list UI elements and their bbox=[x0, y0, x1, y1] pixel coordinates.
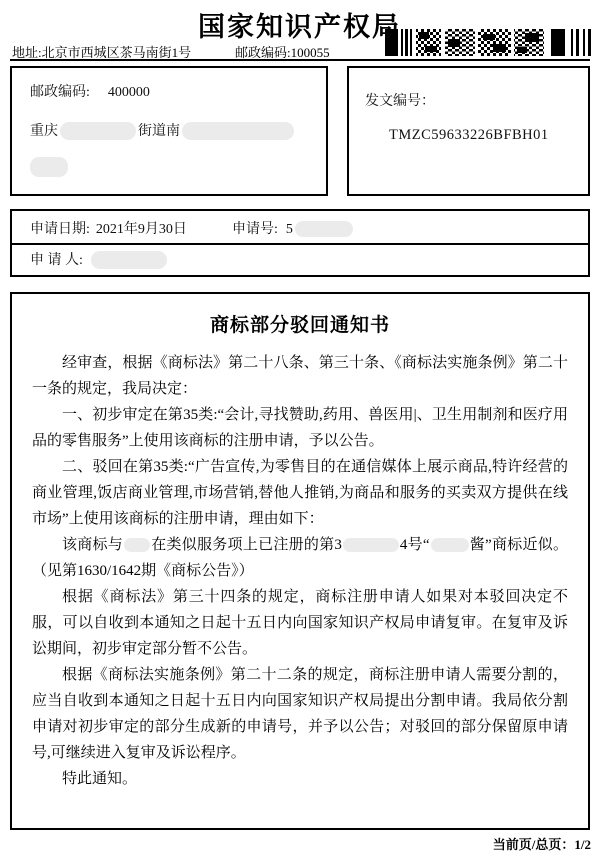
notice-paragraph-5: 根据《商标法》第三十四条的规定，商标注册申请人如果对本驳回决定不服，可以自收到本… bbox=[32, 584, 568, 662]
redaction-blob bbox=[124, 538, 150, 552]
redaction-blob bbox=[182, 122, 294, 140]
notice-paragraph-4-seg3: 4号“ bbox=[400, 537, 430, 553]
dispatch-number-label: 发文编号： bbox=[365, 90, 435, 110]
notice-paragraph-4-seg1: 该商标与 bbox=[62, 537, 123, 553]
notice-paragraph-7: 特此通知。 bbox=[32, 766, 568, 792]
notice-body-box: 商标部分驳回通知书 经审查，根据《商标法》第二十八条、第三十条、《商标法实施条例… bbox=[10, 292, 590, 830]
notice-paragraph-4-seg2: 在类似服务项上已注册的第3 bbox=[151, 537, 342, 553]
page-indicator-value: 1/2 bbox=[574, 837, 591, 852]
apply-date-value: 2021年9月30日 bbox=[96, 222, 187, 237]
redaction-blob bbox=[295, 221, 353, 237]
page-indicator-label: 当前页/总页： bbox=[493, 837, 575, 852]
header-divider bbox=[10, 59, 590, 61]
apply-number-label: 申请号: bbox=[232, 222, 278, 237]
dispatch-number-value: TMZC59633226BFBH01 bbox=[389, 127, 549, 144]
recipient-name-redacted bbox=[30, 158, 68, 178]
page-indicator: 当前页/总页：1/2 bbox=[493, 834, 591, 853]
dispatch-number-box: 发文编号： TMZC59633226BFBH01 bbox=[347, 66, 590, 196]
notice-body: 经审查，根据《商标法》第二十八条、第三十条、《商标法实施条例》第二十一条的规定，… bbox=[32, 350, 568, 792]
recipient-address-box: 邮政编码:400000 重庆街道南 bbox=[10, 66, 328, 196]
redaction-blob bbox=[30, 157, 68, 177]
notice-paragraph-2: 一、初步审定在第35类:“会计,寻找赞助,药用、兽医用|、卫生用制剂和医疗用品的… bbox=[32, 402, 568, 454]
redaction-blob bbox=[343, 538, 399, 552]
barcode-icon bbox=[385, 29, 595, 56]
notice-paragraph-6: 根据《商标法实施条例》第二十二条的规定，商标注册申请人需要分割的，应当自收到本通… bbox=[32, 662, 568, 766]
recipient-postcode: 邮政编码:400000 bbox=[30, 81, 150, 101]
apply-number-value: 5 bbox=[286, 222, 293, 237]
apply-date: 申请日期:2021年9月30日 bbox=[30, 218, 187, 238]
notice-title: 商标部分驳回通知书 bbox=[32, 310, 568, 337]
recipient-address-part2: 街道南 bbox=[138, 124, 180, 139]
application-info-row2: 申 请 人: bbox=[12, 245, 588, 275]
recipient-postcode-label: 邮政编码: bbox=[30, 85, 90, 100]
applicant-label: 申 请 人: bbox=[30, 253, 83, 268]
application-info-row1: 申请日期:2021年9月30日 申请号:5 bbox=[12, 211, 588, 245]
apply-number: 申请号:5 bbox=[232, 218, 353, 238]
recipient-address-part1: 重庆 bbox=[30, 124, 58, 139]
apply-date-label: 申请日期: bbox=[30, 222, 90, 237]
notice-paragraph-4: 该商标与在类似服务项上已注册的第34号“酱”商标近似。（见第1630/1642期… bbox=[32, 532, 568, 584]
notice-paragraph-3: 二、驳回在第35类:“广告宣传,为零售目的在通信媒体上展示商品,特许经营的商业管… bbox=[32, 454, 568, 532]
redaction-blob bbox=[91, 251, 167, 269]
application-info-box: 申请日期:2021年9月30日 申请号:5 申 请 人: bbox=[10, 209, 590, 277]
notice-paragraph-1: 经审查，根据《商标法》第二十八条、第三十条、《商标法实施条例》第二十一条的规定，… bbox=[32, 350, 568, 402]
notice-document-page: 国家知识产权局 地址:北京市西城区茶马南街1号 邮政编码:100055 bbox=[0, 0, 599, 863]
applicant: 申 请 人: bbox=[30, 249, 167, 270]
recipient-postcode-value: 400000 bbox=[108, 85, 150, 100]
recipient-address: 重庆街道南 bbox=[30, 120, 296, 141]
redaction-blob bbox=[60, 122, 136, 140]
redaction-blob bbox=[431, 538, 469, 552]
